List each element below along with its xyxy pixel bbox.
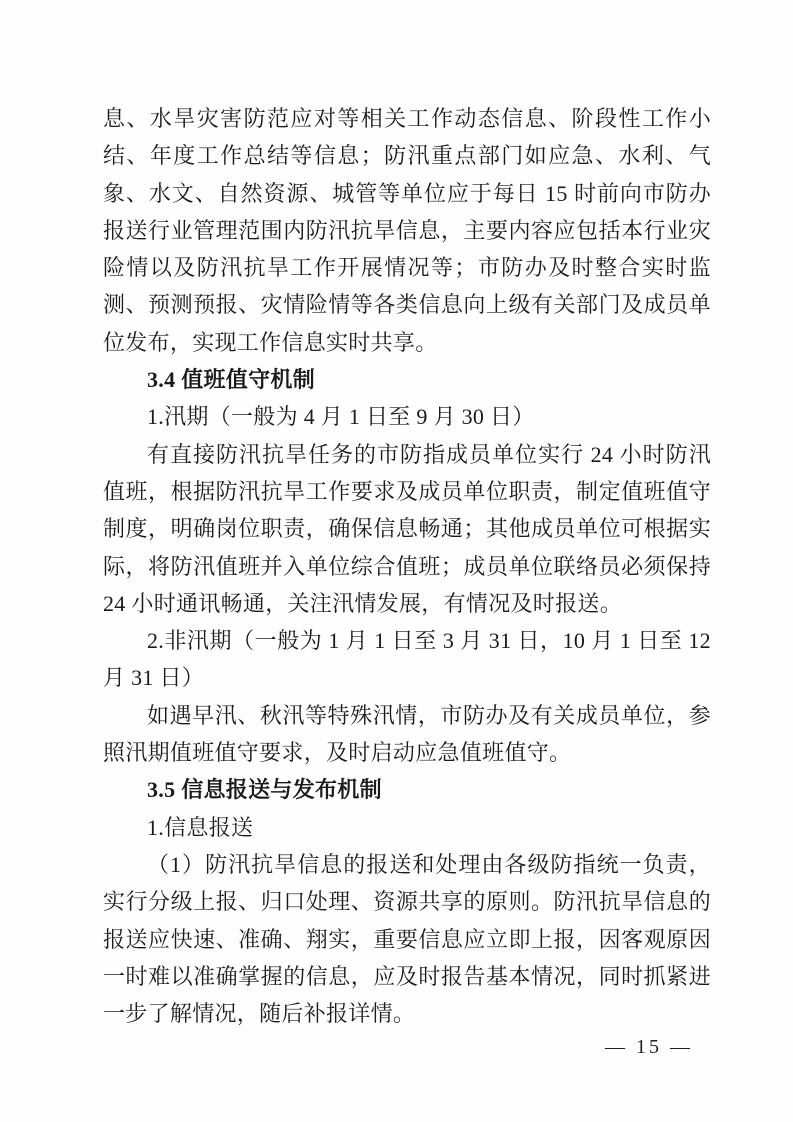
section-heading: 3.4 值班值守机制 [103, 361, 711, 398]
document-body: 息、水旱灾害防范应对等相关工作动态信息、阶段性工作小结、年度工作总结等信息；防汛… [103, 100, 711, 1032]
paragraph: 息、水旱灾害防范应对等相关工作动态信息、阶段性工作小结、年度工作总结等信息；防汛… [103, 100, 711, 361]
document-page: 息、水旱灾害防范应对等相关工作动态信息、阶段性工作小结、年度工作总结等信息；防汛… [0, 0, 793, 1122]
paragraph: 1.信息报送 [103, 809, 711, 846]
section-heading: 3.5 信息报送与发布机制 [103, 771, 711, 808]
paragraph: 2.非汛期（一般为 1 月 1 日至 3 月 31 日，10 月 1 日至 12… [103, 622, 711, 697]
paragraph: （1）防汛抗旱信息的报送和处理由各级防指统一负责，实行分级上报、归口处理、资源共… [103, 846, 711, 1032]
paragraph: 有直接防汛抗旱任务的市防指成员单位实行 24 小时防汛值班，根据防汛抗旱工作要求… [103, 436, 711, 622]
paragraph: 如遇早汛、秋汛等特殊汛情，市防办及有关成员单位，参照汛期值班值守要求，及时启动应… [103, 697, 711, 772]
paragraph: 1.汛期（一般为 4 月 1 日至 9 月 30 日） [103, 398, 711, 435]
page-number: — 15 — [605, 1036, 693, 1059]
